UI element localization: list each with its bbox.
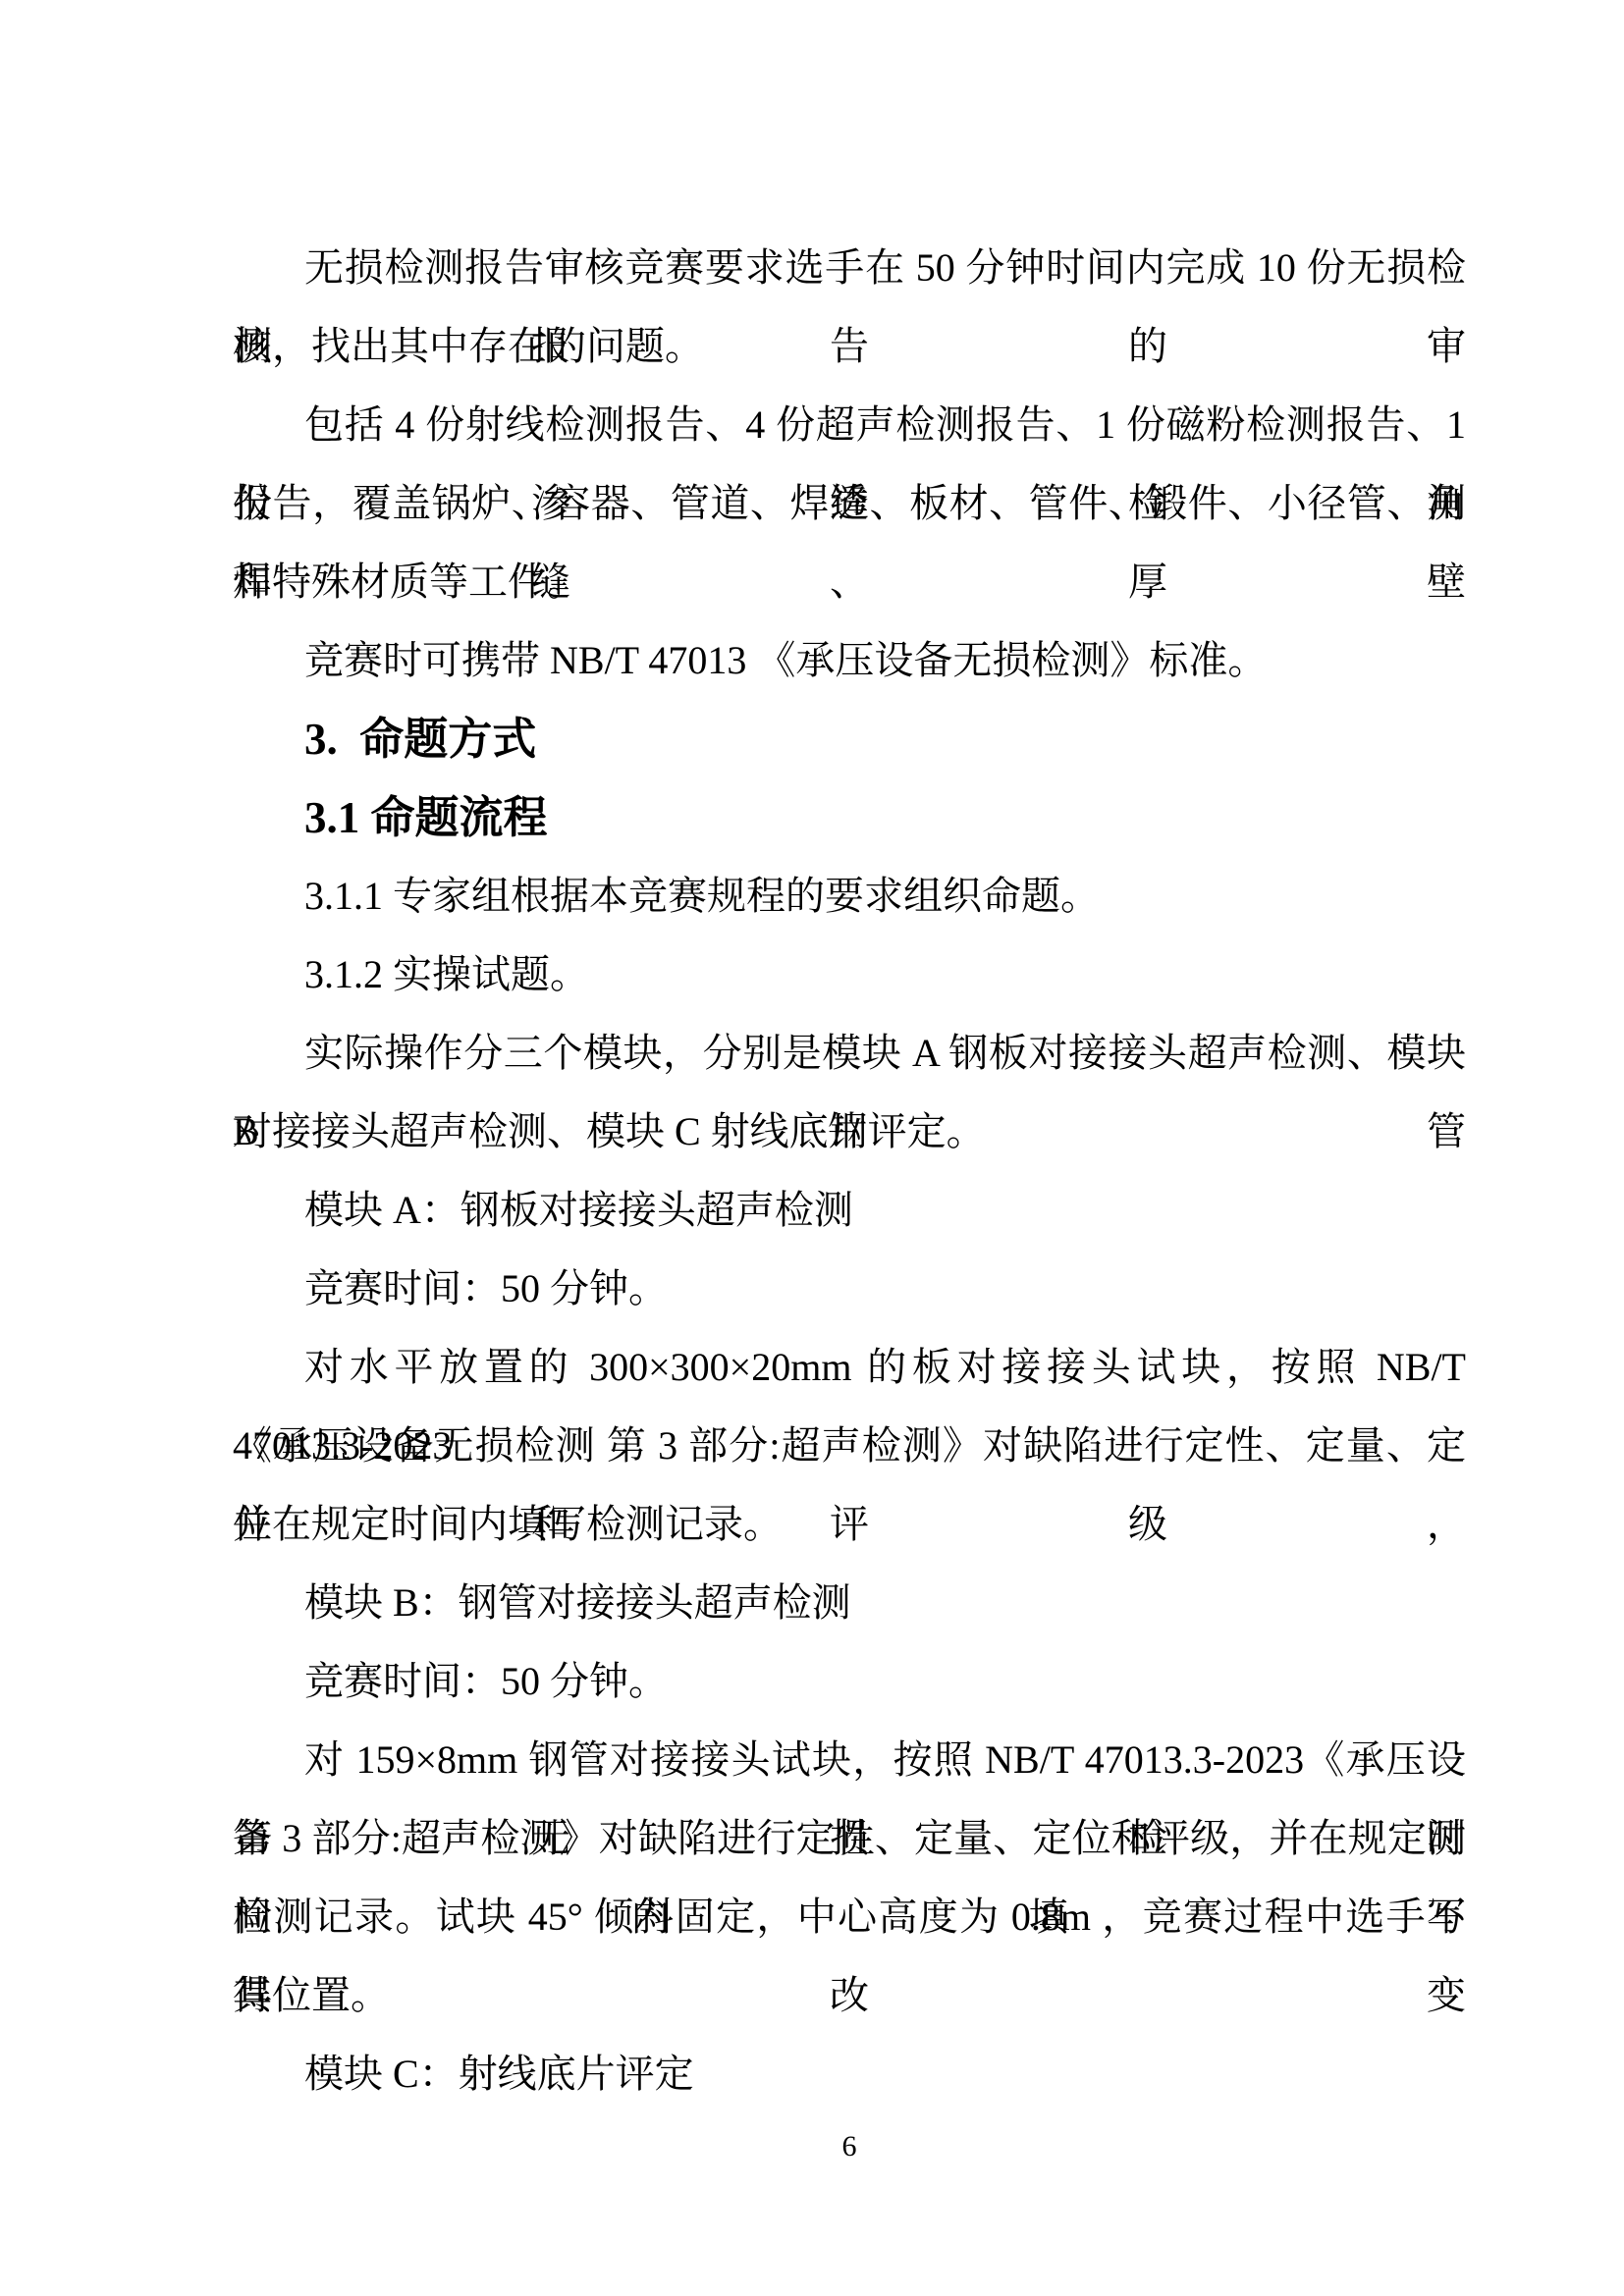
text-line: 模块 A：钢板对接接头超声检测 — [233, 1171, 1466, 1250]
text-line: 竞赛时间：50 分钟。 — [233, 1250, 1466, 1328]
text-line: 第 3 部分:超声检测》对缺陷进行定性、定量、定位和评级，并在规定时间内填写 — [233, 1799, 1466, 1878]
text-line: 模块 B：钢管对接接头超声检测 — [233, 1564, 1466, 1642]
document-page: 无损检测报告审核竞赛要求选手在 50 分钟时间内完成 10 份无损检测报告的审核… — [0, 0, 1624, 2296]
heading-line: 3. 命题方式 — [233, 700, 1466, 778]
text-line: 实际操作分三个模块，分别是模块 A 钢板对接接头超声检测、模块 B 钢管 — [233, 1014, 1466, 1093]
text-line: 3.1.1 专家组根据本竞赛规程的要求组织命题。 — [233, 857, 1466, 935]
text-line: 竞赛时间：50 分钟。 — [233, 1642, 1466, 1721]
text-line: 模块 C：射线底片评定 — [233, 2035, 1466, 2113]
heading-line: 3.1 命题流程 — [233, 778, 1466, 857]
page-content: 无损检测报告审核竞赛要求选手在 50 分钟时间内完成 10 份无损检测报告的审核… — [233, 229, 1466, 2113]
text-line: 对 159×8mm 钢管对接接头试块，按照 NB/T 47013.3-2023《… — [233, 1721, 1466, 1799]
text-line: 检测记录。试块 45° 倾斜固定，中心高度为 0.8m ，竞赛过程中选手不得改变 — [233, 1878, 1466, 1956]
page-number: 6 — [233, 2123, 1466, 2170]
text-line: 包括 4 份射线检测报告、4 份超声检测报告、1 份磁粉检测报告、1 份渗透检测 — [233, 386, 1466, 464]
text-line: 《承压设备无损检测 第 3 部分:超声检测》对缺陷进行定性、定量、定位和评级， — [233, 1407, 1466, 1485]
text-line: 报告，覆盖锅炉、容器、管道、焊缝、板材、管件、锻件、小径管、角焊缝、厚壁 — [233, 464, 1466, 543]
text-line: 无损检测报告审核竞赛要求选手在 50 分钟时间内完成 10 份无损检测报告的审 — [233, 229, 1466, 307]
text-line: 3.1.2 实操试题。 — [233, 935, 1466, 1014]
text-line: 对水平放置的 300×300×20mm 的板对接接头试块，按照 NB/T 470… — [233, 1328, 1466, 1407]
text-line: 竞赛时可携带 NB/T 47013 《承压设备无损检测》标准。 — [233, 621, 1466, 700]
